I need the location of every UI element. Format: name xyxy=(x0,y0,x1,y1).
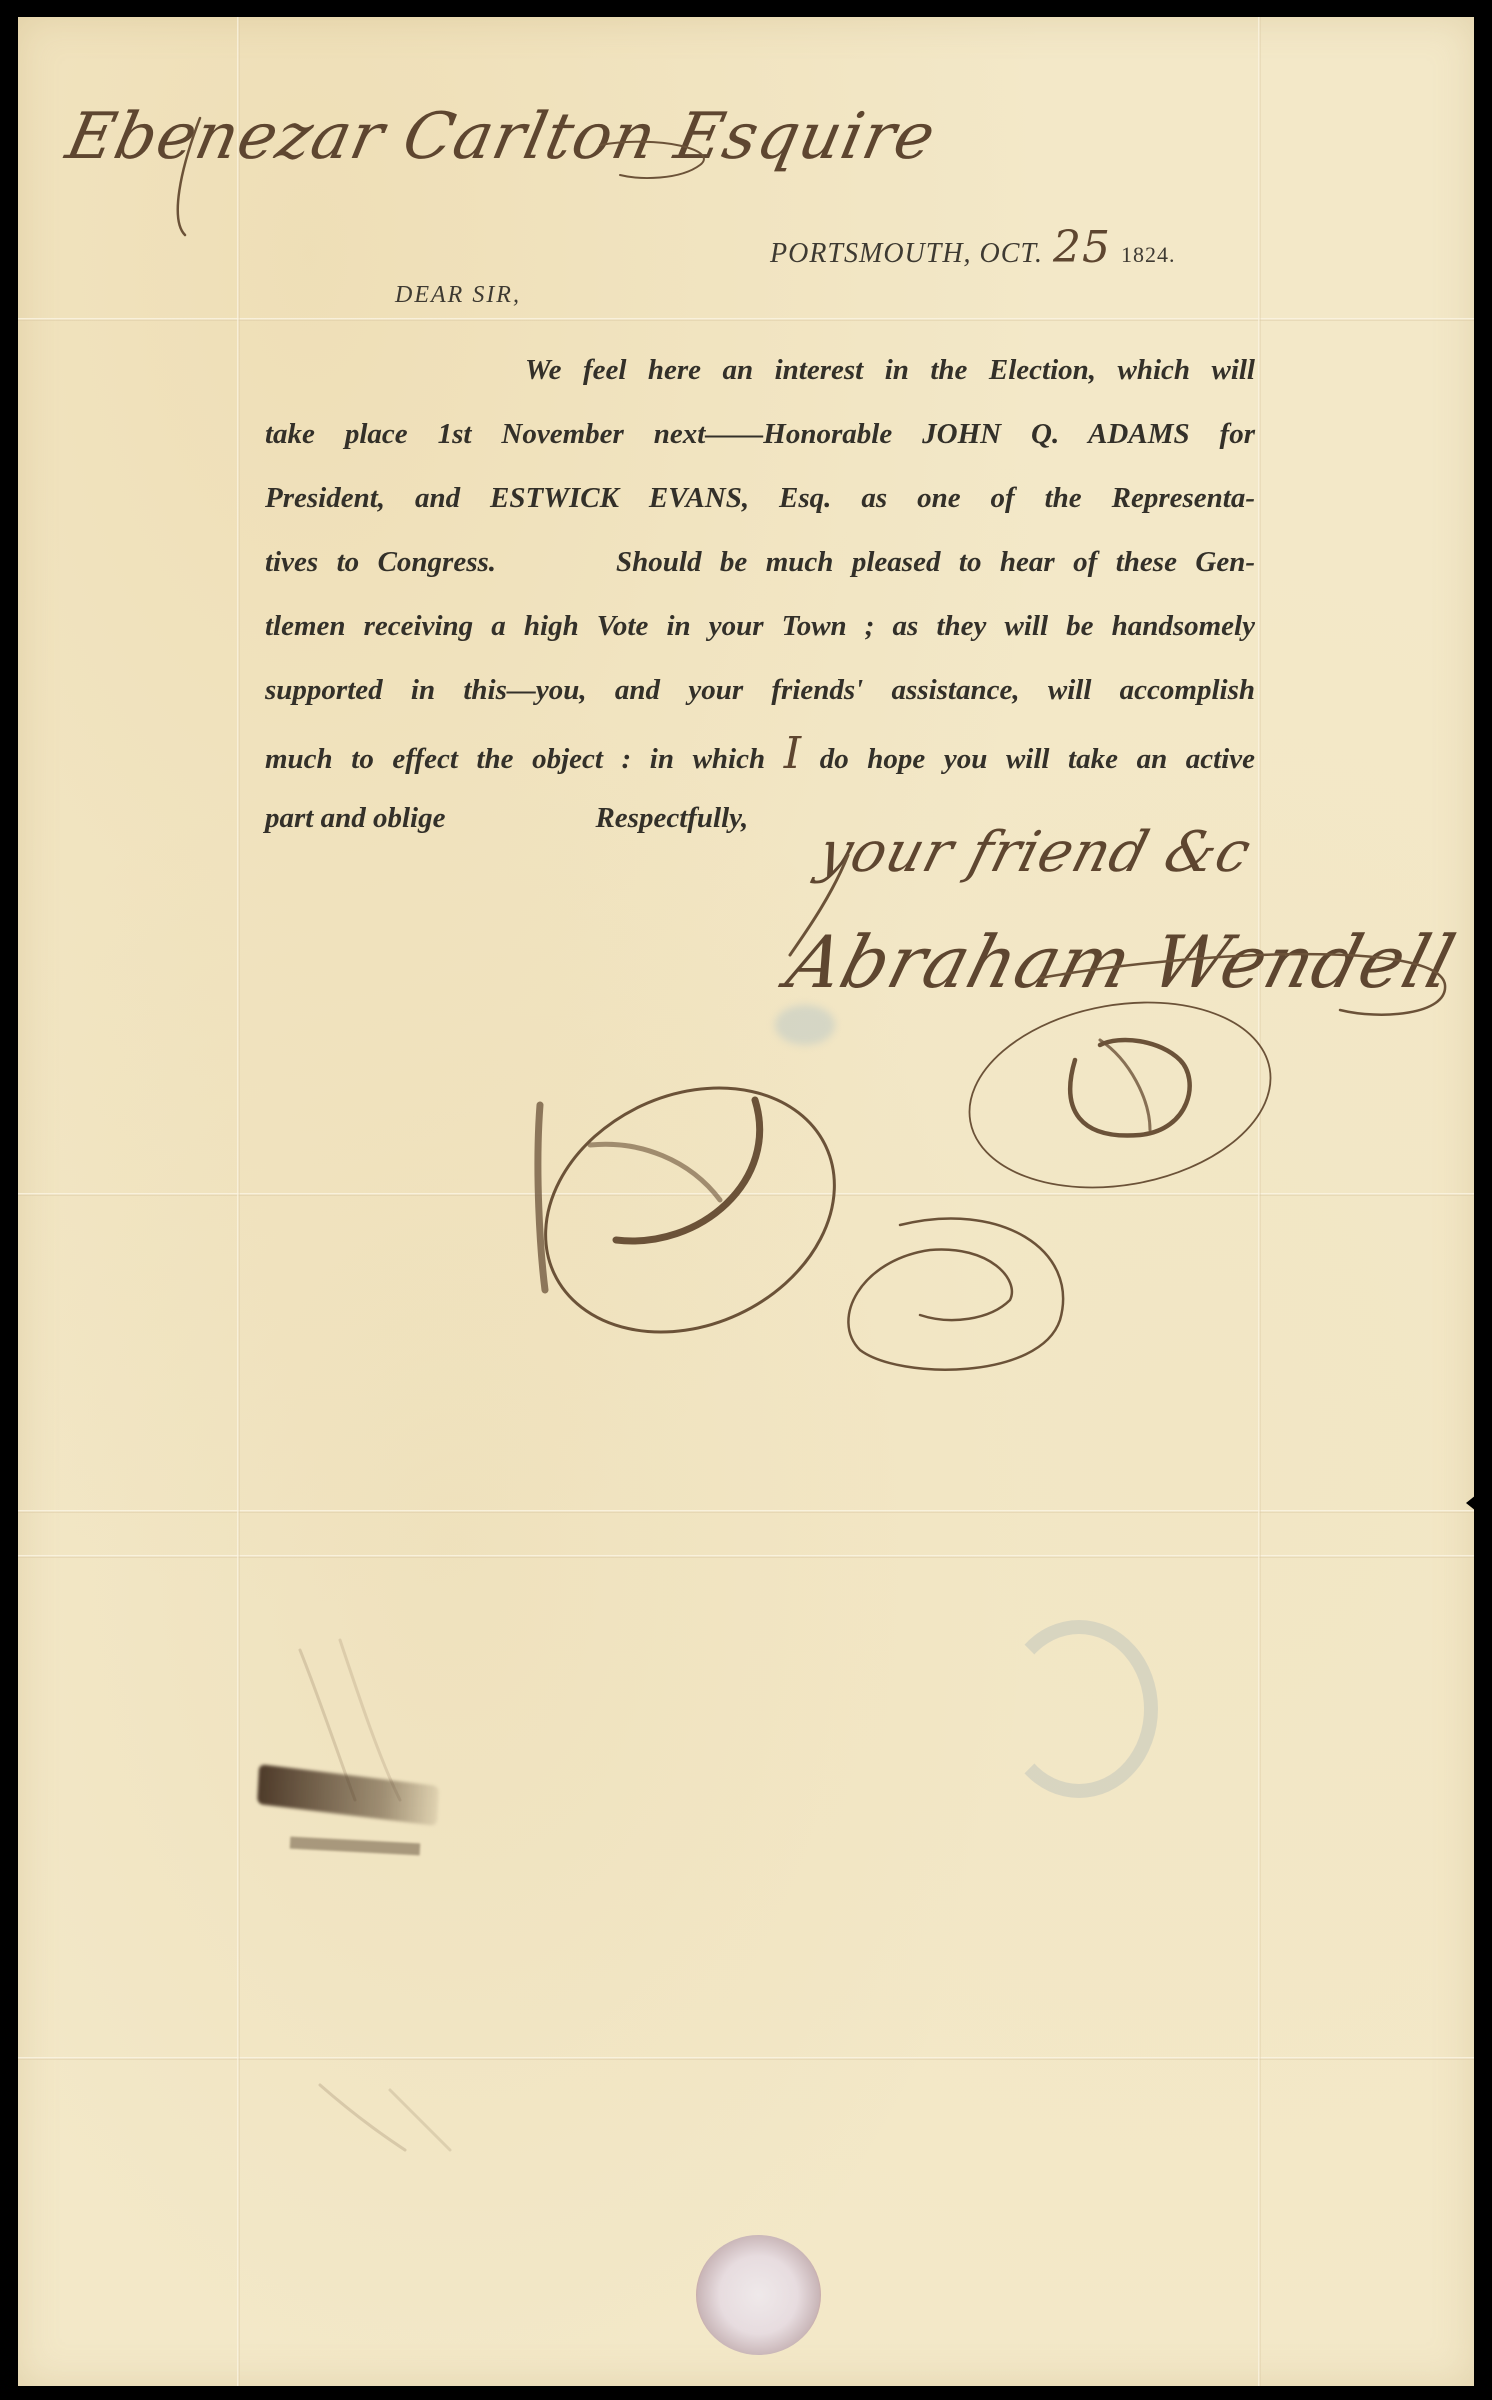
wax-seal-remnant xyxy=(696,2235,821,2355)
ink-smudge xyxy=(775,1005,835,1045)
faded-postmark xyxy=(1000,1620,1158,1798)
ink-flourish-icon xyxy=(0,0,1492,2400)
